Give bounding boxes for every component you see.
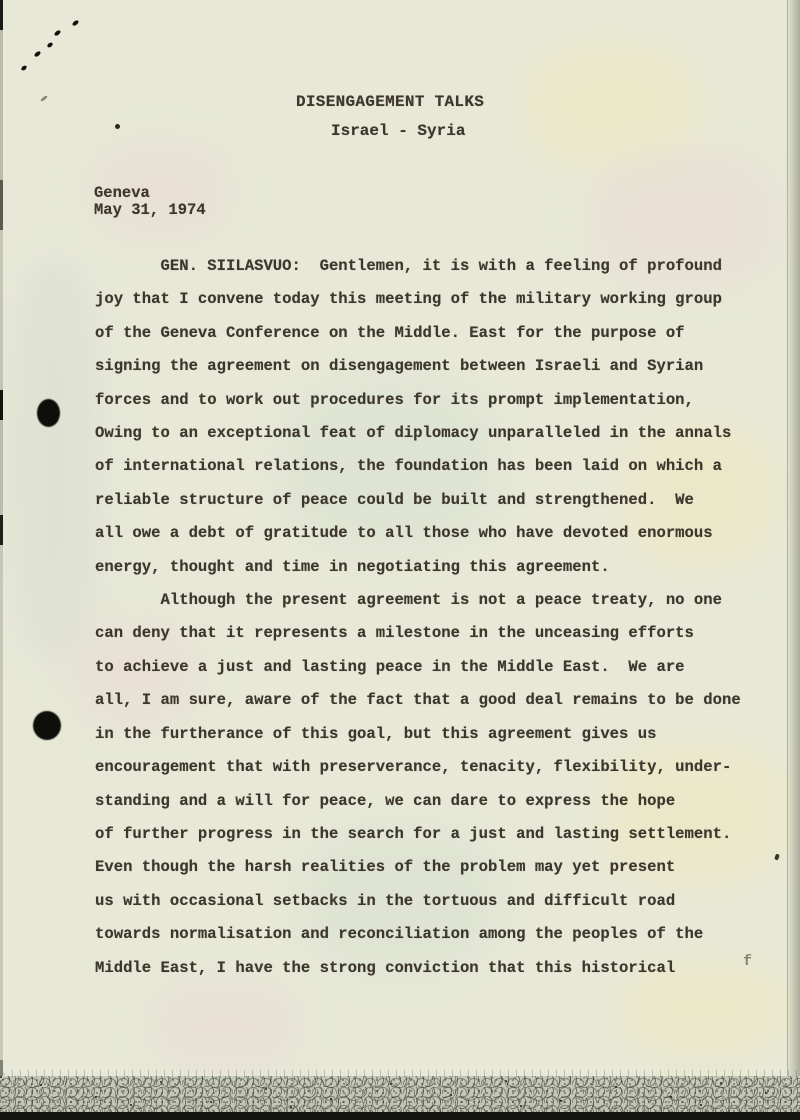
scan-bottom-strip [0,1112,800,1120]
page-left-edge [0,0,3,1120]
body-line: forces and to work out procedures for it… [95,384,785,417]
body-line: of the Geneva Conference on the Middle. … [95,317,785,350]
body-line: of further progress in the search for a … [95,818,785,851]
body-line: all, I am sure, aware of the fact that a… [95,684,785,717]
hole-punch [33,711,61,740]
body-lines: GEN. SIILASVUO: Gentlemen, it is with a … [95,250,785,985]
paper-patch [150,980,300,1070]
body-line: energy, thought and time in negotiating … [95,551,785,584]
body-line: all owe a debt of gratitude to all those… [95,517,785,550]
pen-mark [20,65,27,72]
body-line: in the furtherance of this goal, but thi… [95,718,785,751]
page-right-shadow [786,0,800,1120]
body-line: standing and a will for peace, we can da… [95,785,785,818]
ink-speck [115,124,120,129]
body-line: Even though the harsh realities of the p… [95,851,785,884]
scanner-noise-band [0,1076,800,1113]
body-line: can deny that it represents a milestone … [95,617,785,650]
pen-mark [46,42,53,49]
pen-mark [72,19,80,26]
body-line: signing the agreement on disengagement b… [95,350,785,383]
body-line: encouragement that with preserverance, t… [95,751,785,784]
body-line: GEN. SIILASVUO: Gentlemen, it is with a … [95,250,785,283]
paper-patch [10,260,100,660]
document-date: May 31, 1974 [94,202,206,219]
body-line: joy that I convene today this meeting of… [95,283,785,316]
body-line: Although the present agreement is not a … [95,584,785,617]
pen-mark [34,50,42,57]
paper-patch [520,40,700,170]
page-edge-line [787,0,788,1120]
document-title: DISENGAGEMENT TALKS [296,93,484,111]
document-subtitle: Israel - Syria [331,122,465,140]
body-line: towards normalisation and reconciliation… [95,918,785,951]
body-line: Owing to an exceptional feat of diplomac… [95,417,785,450]
body-line: Middle East, I have the strong convictio… [95,952,785,985]
body-line: us with occasional setbacks in the tortu… [95,885,785,918]
faint-typed-character: f [743,953,752,970]
pen-smudge [40,95,48,102]
scanned-document-page: DISENGAGEMENT TALKS Israel - Syria Genev… [0,0,800,1120]
body-line: reliable structure of peace could be bui… [95,484,785,517]
body-line: to achieve a just and lasting peace in t… [95,651,785,684]
pen-mark [54,29,62,36]
document-place: Geneva [94,185,150,202]
body-line: of international relations, the foundati… [95,450,785,483]
hole-punch [37,399,60,427]
